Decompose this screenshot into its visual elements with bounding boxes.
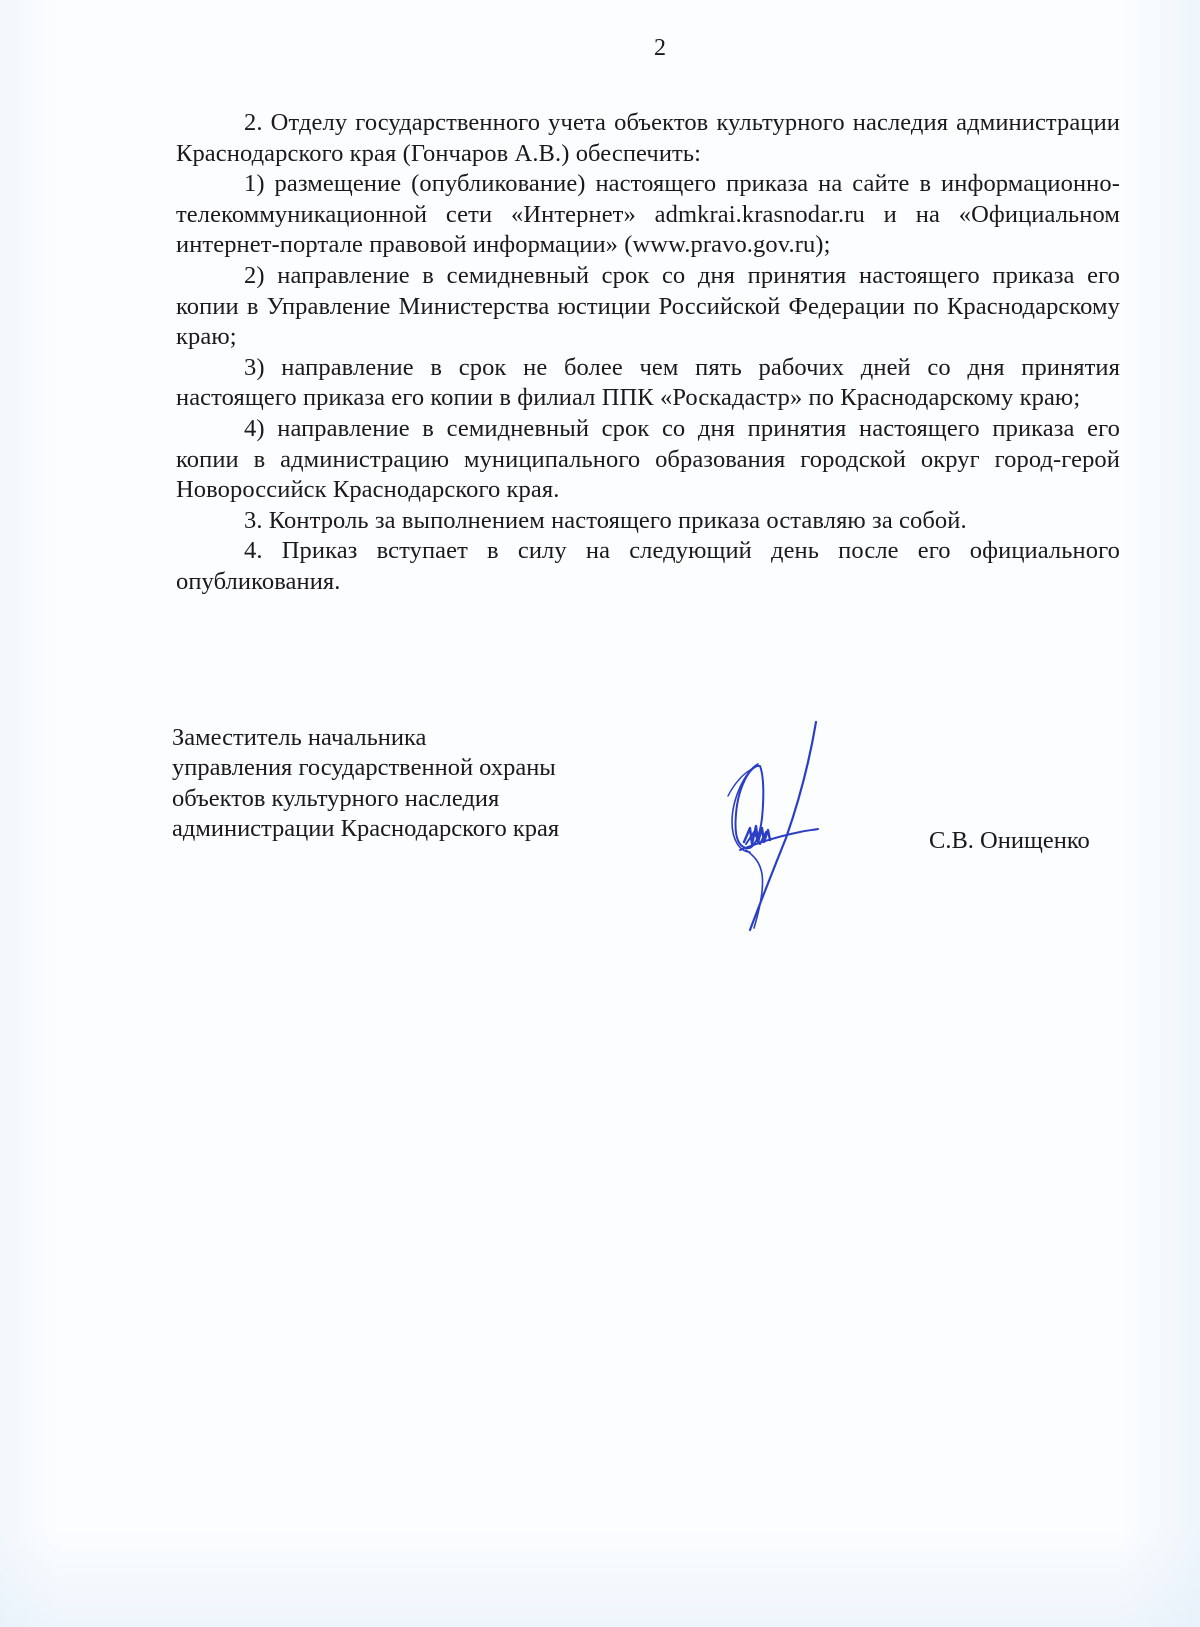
document-page: 2 2. Отделу государственного учета объек…: [0, 0, 1200, 1627]
paragraph-subitem-1: 1) размещение (опубликование) настоящего…: [176, 169, 1120, 261]
paragraph-subitem-2: 2) направление в семидневный срок со дня…: [176, 261, 1120, 353]
signer-position-line: объектов культурного наследия: [172, 784, 672, 814]
paragraph-item-4: 4. Приказ вступает в силу на следующий д…: [176, 536, 1120, 597]
signer-position-line: Заместитель начальника: [172, 723, 672, 753]
signer-position-line: управления государственной охраны: [172, 753, 672, 783]
page-number: 2: [0, 33, 1200, 63]
signer-name: С.В. Онищенко: [929, 826, 1090, 856]
signer-position-line: администрации Краснодарского края: [172, 814, 672, 844]
handwritten-signature-icon: [720, 718, 840, 933]
paragraph-item-3: 3. Контроль за выполнением настоящего пр…: [176, 506, 1120, 537]
paragraph-subitem-4: 4) направление в семидневный срок со дня…: [176, 414, 1120, 506]
paragraph-item-2: 2. Отделу государственного учета объекто…: [176, 108, 1120, 169]
paragraph-subitem-3: 3) направление в срок не более чем пять …: [176, 353, 1120, 414]
signer-position: Заместитель начальника управления госуда…: [172, 723, 672, 845]
document-body: 2. Отделу государственного учета объекто…: [176, 108, 1120, 598]
